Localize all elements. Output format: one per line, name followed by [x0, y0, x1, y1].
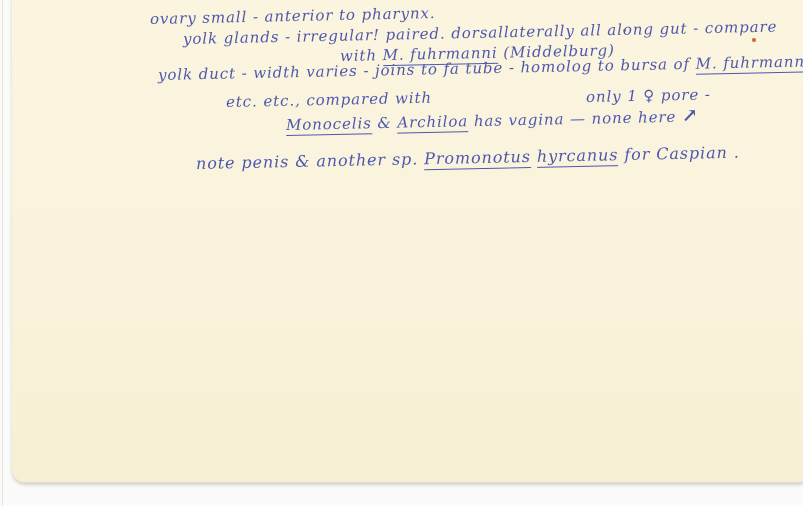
ink-speck — [752, 38, 756, 42]
line-text: & — [372, 114, 398, 133]
genus-name-underlined: Archiloa — [397, 112, 468, 133]
handwritten-line-female-pore: only 1 ♀ pore - — [586, 85, 711, 106]
genus-name-underlined: Promonotus — [424, 147, 531, 170]
scanned-page: ovary small - anterior to pharynx. yolk … — [0, 0, 803, 506]
line-text: has vagina — none here — [468, 108, 682, 130]
up-right-arrow-icon: ↗ — [682, 104, 699, 126]
line-text: only 1 ♀ pore - — [586, 85, 711, 106]
species-name-underlined: M. fuhrmanni — [695, 52, 803, 74]
genus-name-underlined: Monocelis — [286, 114, 372, 136]
scan-edge-line — [2, 0, 3, 506]
line-text: for Caspian . — [618, 143, 740, 165]
species-name-underlined: hyrcanus — [537, 145, 619, 168]
